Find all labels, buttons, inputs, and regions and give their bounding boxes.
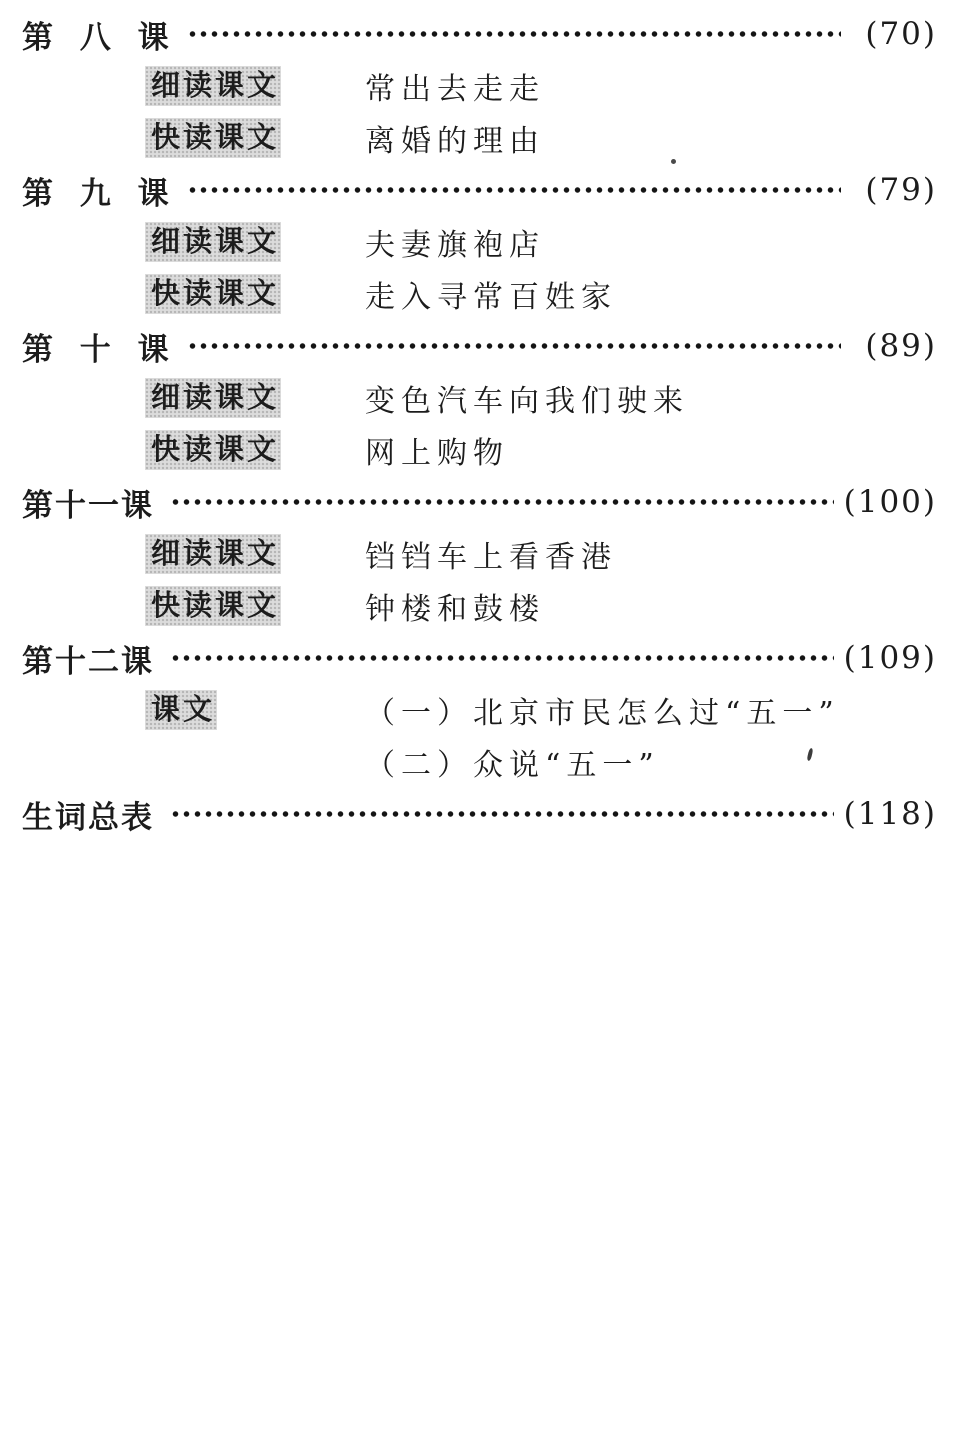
item-label-area: 快读课文 (145, 118, 365, 157)
toc-item-row: 细读课文 铛铛车上看香港 (22, 528, 937, 580)
toc-item-row: 细读课文 夫妻旗袍店 (22, 216, 937, 268)
toc-entry-heading: 第 九 课 (79) (22, 164, 937, 216)
dot-leader (170, 632, 834, 684)
item-label: 快读课文 (145, 274, 281, 313)
lesson-title: 第 八 课 (22, 12, 171, 57)
dot-leader (187, 320, 841, 372)
page-number: (100) (844, 484, 937, 520)
toc-item-row: 细读课文 常出去走走 (22, 60, 937, 112)
item-label-area: 快读课文 (145, 586, 365, 625)
item-label: 快读课文 (145, 118, 281, 157)
toc-entry-heading: 第十一课 (100) (22, 476, 937, 528)
dot-leader (170, 476, 834, 528)
item-label-area (145, 753, 365, 772)
item-title: 常出去走走 (365, 64, 545, 108)
dot-leader (187, 8, 841, 60)
lesson-title: 第 十 课 (22, 324, 171, 369)
lesson-title: 第十一课 (22, 480, 154, 525)
item-label-area: 细读课文 (145, 66, 365, 105)
item-title: 网上购物 (365, 428, 509, 472)
item-label-area: 细读课文 (145, 534, 365, 573)
toc-entry-heading: 第 十 课 (89) (22, 320, 937, 372)
toc-item-row: 快读课文 走入寻常百姓家 (22, 268, 937, 320)
item-title: 钟楼和鼓楼 (365, 584, 545, 628)
page-number: (79) (851, 172, 937, 208)
item-label-area: 快读课文 (145, 274, 365, 313)
page-number: (109) (844, 640, 937, 676)
item-title: （二）众说“五一” (365, 740, 660, 784)
toc-item-row: 课文 （一）北京市民怎么过“五一” (22, 684, 937, 736)
item-title: 变色汽车向我们驶来 (365, 376, 689, 420)
toc-item-row: 快读课文 离婚的理由 (22, 112, 937, 164)
toc-item-row: 快读课文 钟楼和鼓楼 (22, 580, 937, 632)
lesson-title: 生词总表 (22, 792, 154, 837)
item-label-area: 课文 (145, 690, 365, 729)
item-label: 快读课文 (145, 586, 281, 625)
item-title: 夫妻旗袍店 (365, 220, 545, 264)
item-label: 细读课文 (145, 66, 281, 105)
scan-artifact-dot (671, 159, 676, 164)
item-label: 细读课文 (145, 534, 281, 573)
toc-entry-heading: 第十二课 (109) (22, 632, 937, 684)
item-label: 快读课文 (145, 430, 281, 469)
item-label: 细读课文 (145, 378, 281, 417)
item-title: 铛铛车上看香港 (365, 532, 617, 576)
item-title: 离婚的理由 (365, 116, 545, 160)
item-label-area: 快读课文 (145, 430, 365, 469)
item-label: 课文 (145, 690, 217, 729)
item-label-area: 细读课文 (145, 378, 365, 417)
item-title: 走入寻常百姓家 (365, 272, 617, 316)
toc-entry-heading: 第 八 课 (70) (22, 8, 937, 60)
lesson-title: 第 九 课 (22, 168, 171, 213)
toc-item-row: （二）众说“五一” (22, 736, 937, 788)
page-number: (89) (851, 328, 937, 364)
toc-entry-heading: 生词总表 (118) (22, 788, 937, 840)
page-number: (118) (844, 796, 937, 832)
item-label-area: 细读课文 (145, 222, 365, 261)
page-number: (70) (851, 16, 937, 52)
lesson-title: 第十二课 (22, 636, 154, 681)
dot-leader (170, 788, 834, 840)
item-title: （一）北京市民怎么过“五一” (365, 688, 840, 732)
toc-item-row: 细读课文 变色汽车向我们驶来 (22, 372, 937, 424)
toc-page: 第 八 课 (70) 细读课文 常出去走走 快读课文 离婚的理由 第 九 课 (… (0, 0, 960, 1441)
item-label: 细读课文 (145, 222, 281, 261)
dot-leader (187, 164, 841, 216)
toc-item-row: 快读课文 网上购物 (22, 424, 937, 476)
